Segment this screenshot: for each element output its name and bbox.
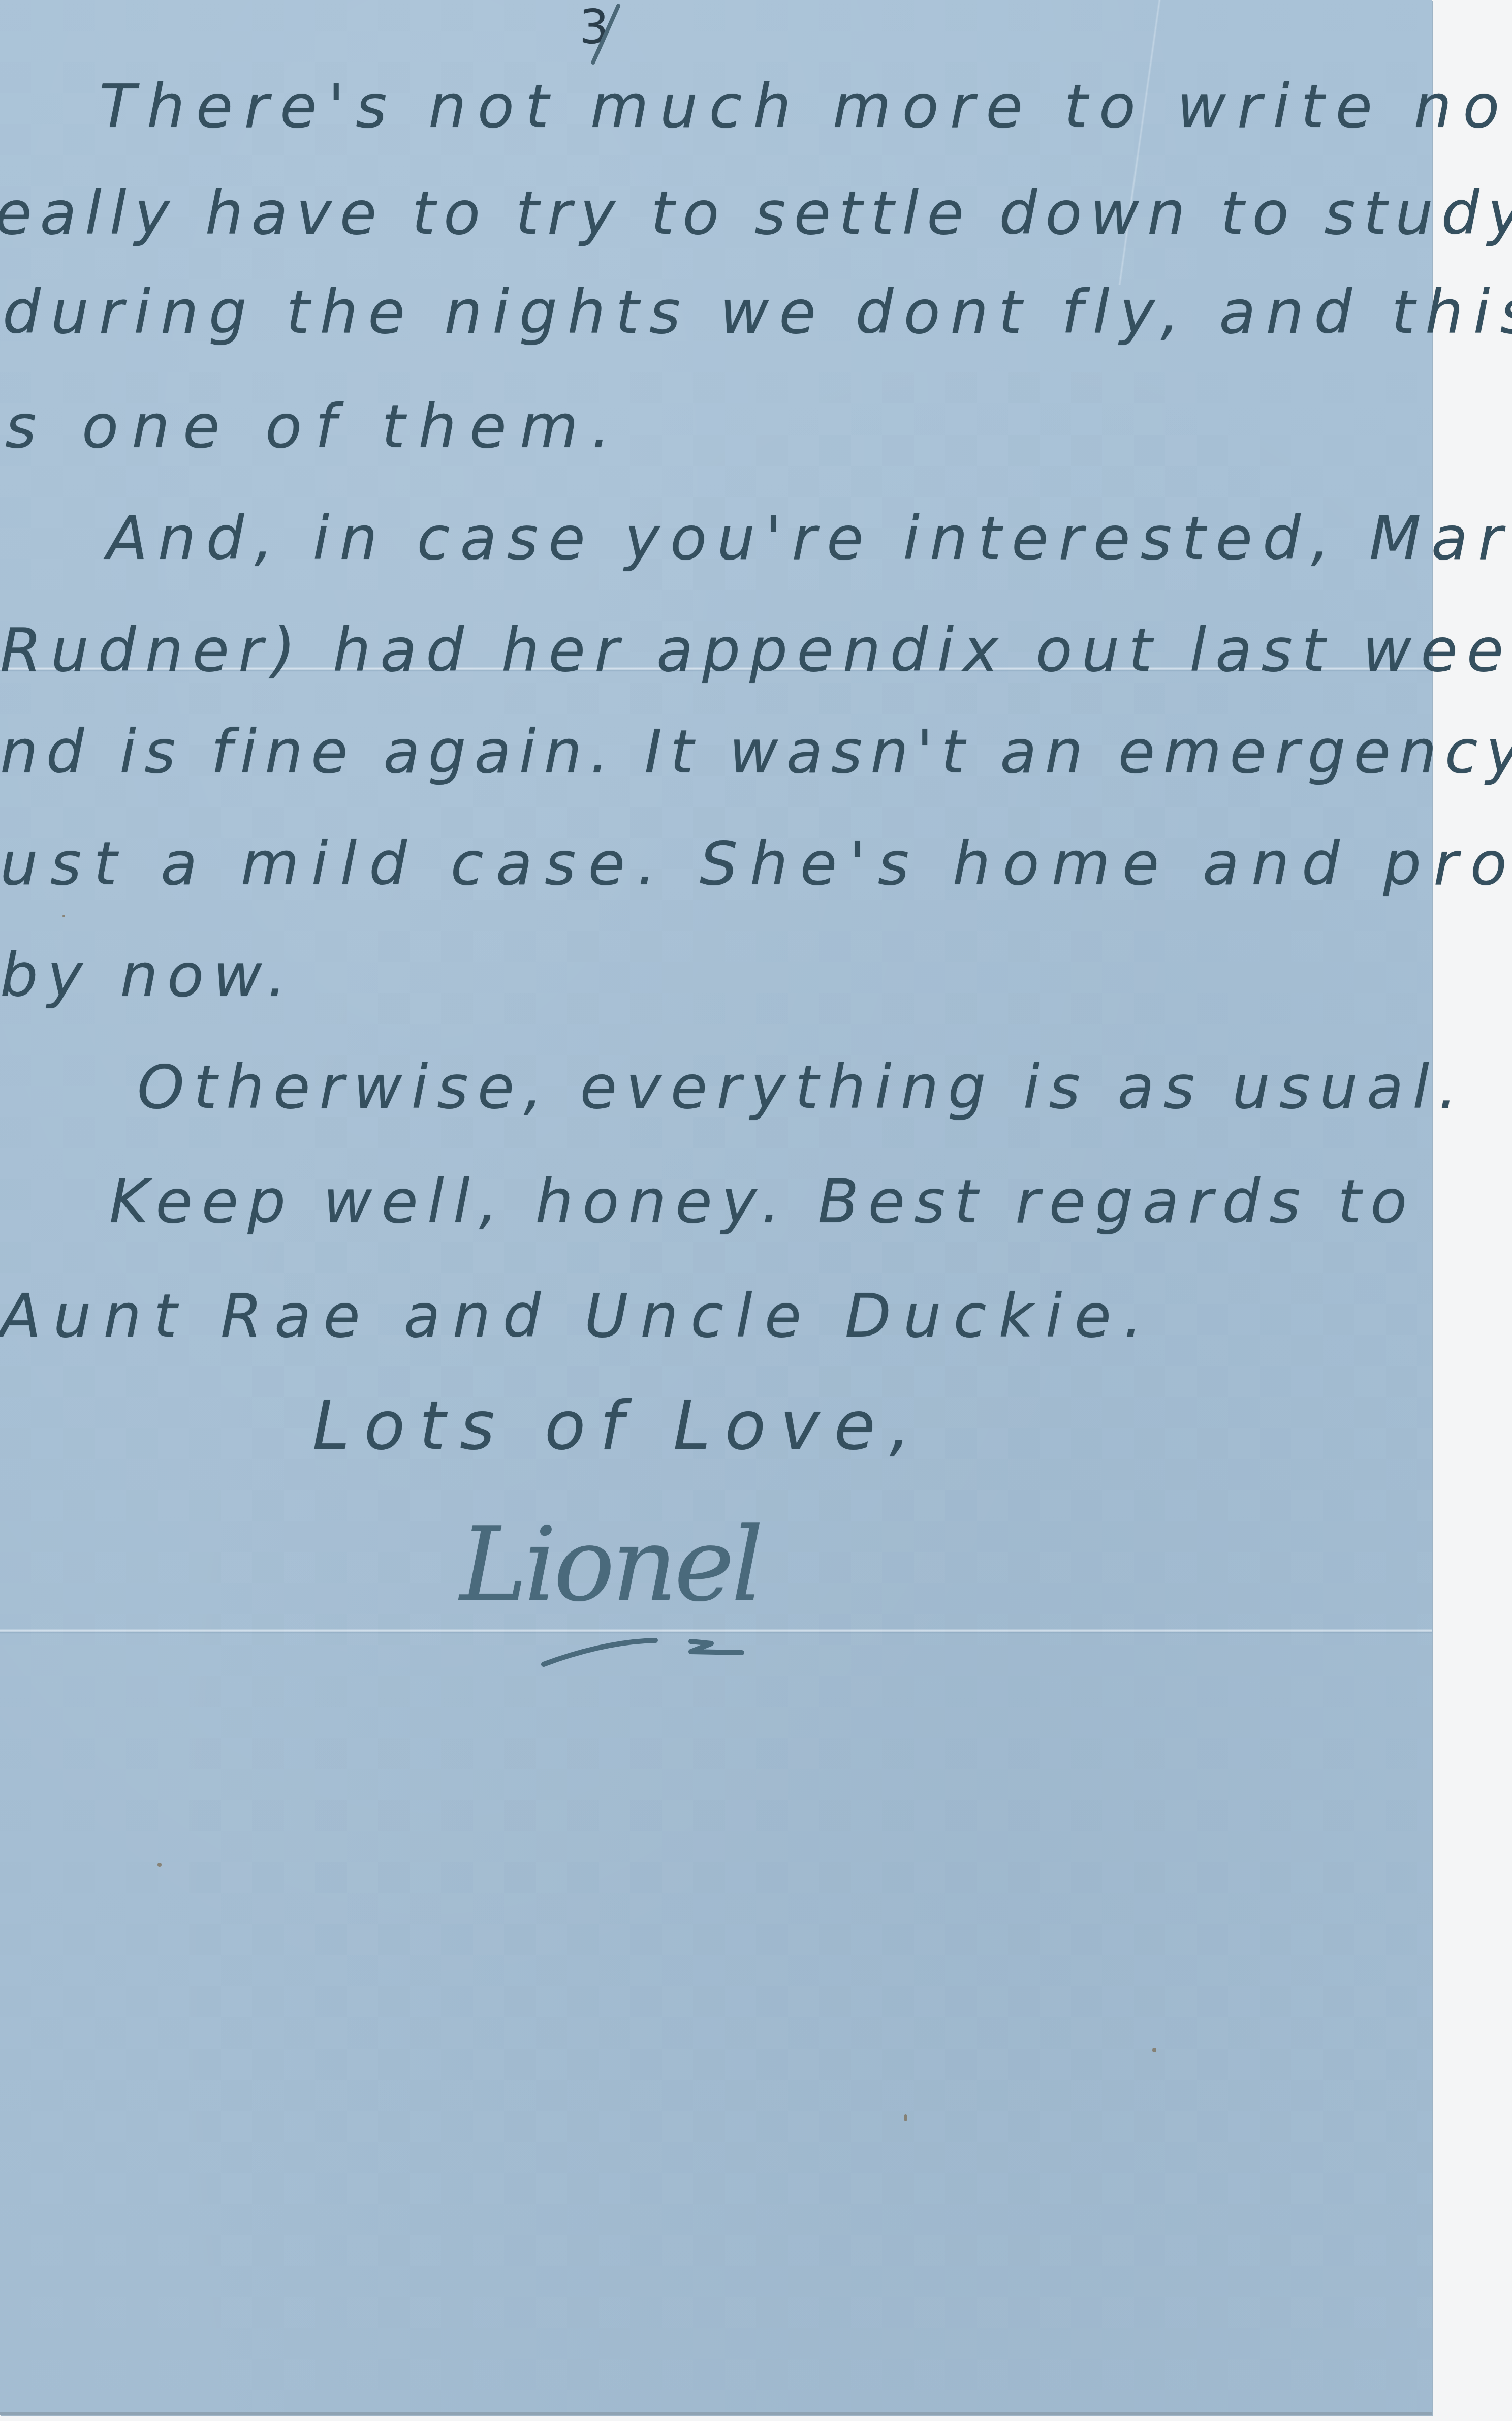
signature: Lionel: [460, 1514, 761, 1616]
paper-blemish: [62, 915, 65, 917]
paper-blemish: [904, 2114, 907, 2121]
letter-line-8: ust a mild case. She's home and probably: [0, 833, 1512, 893]
paper-blemish: [1152, 2048, 1156, 2052]
letter-line-1: There's not much more to write now. I: [99, 76, 1512, 136]
letter-line-7: nd is fine again. It wasn't an emergency…: [0, 722, 1512, 782]
letter-line-11: Keep well, honey. Best regards to: [109, 1171, 1416, 1231]
valediction: Lots of Love,: [312, 1392, 925, 1460]
letter-line-3: during the nights we dont fly, and this: [3, 282, 1512, 342]
page-number: 3: [579, 4, 609, 51]
letter-line-4: s one of them.: [5, 396, 623, 456]
letter-page: 3 There's not much more to write now. I …: [0, 0, 1432, 2415]
letter-line-6: Rudner) had her appendix out last week: [0, 620, 1512, 680]
letter-line-12: Aunt Rae and Uncle Duckie.: [0, 1286, 1155, 1346]
signature-flourish-icon: [539, 1636, 752, 1667]
letter-line-5: And, in case you're interested, Marion: [107, 508, 1512, 568]
letter-line-10: Otherwise, everything is as usual.: [137, 1057, 1467, 1117]
letter-line-9: by now.: [0, 945, 296, 1005]
paper-fold-crease-lower: [0, 1629, 1432, 1634]
letter-line-2: eally have to try to settle down to stud…: [0, 183, 1512, 243]
paper-blemish: [157, 1863, 162, 1867]
